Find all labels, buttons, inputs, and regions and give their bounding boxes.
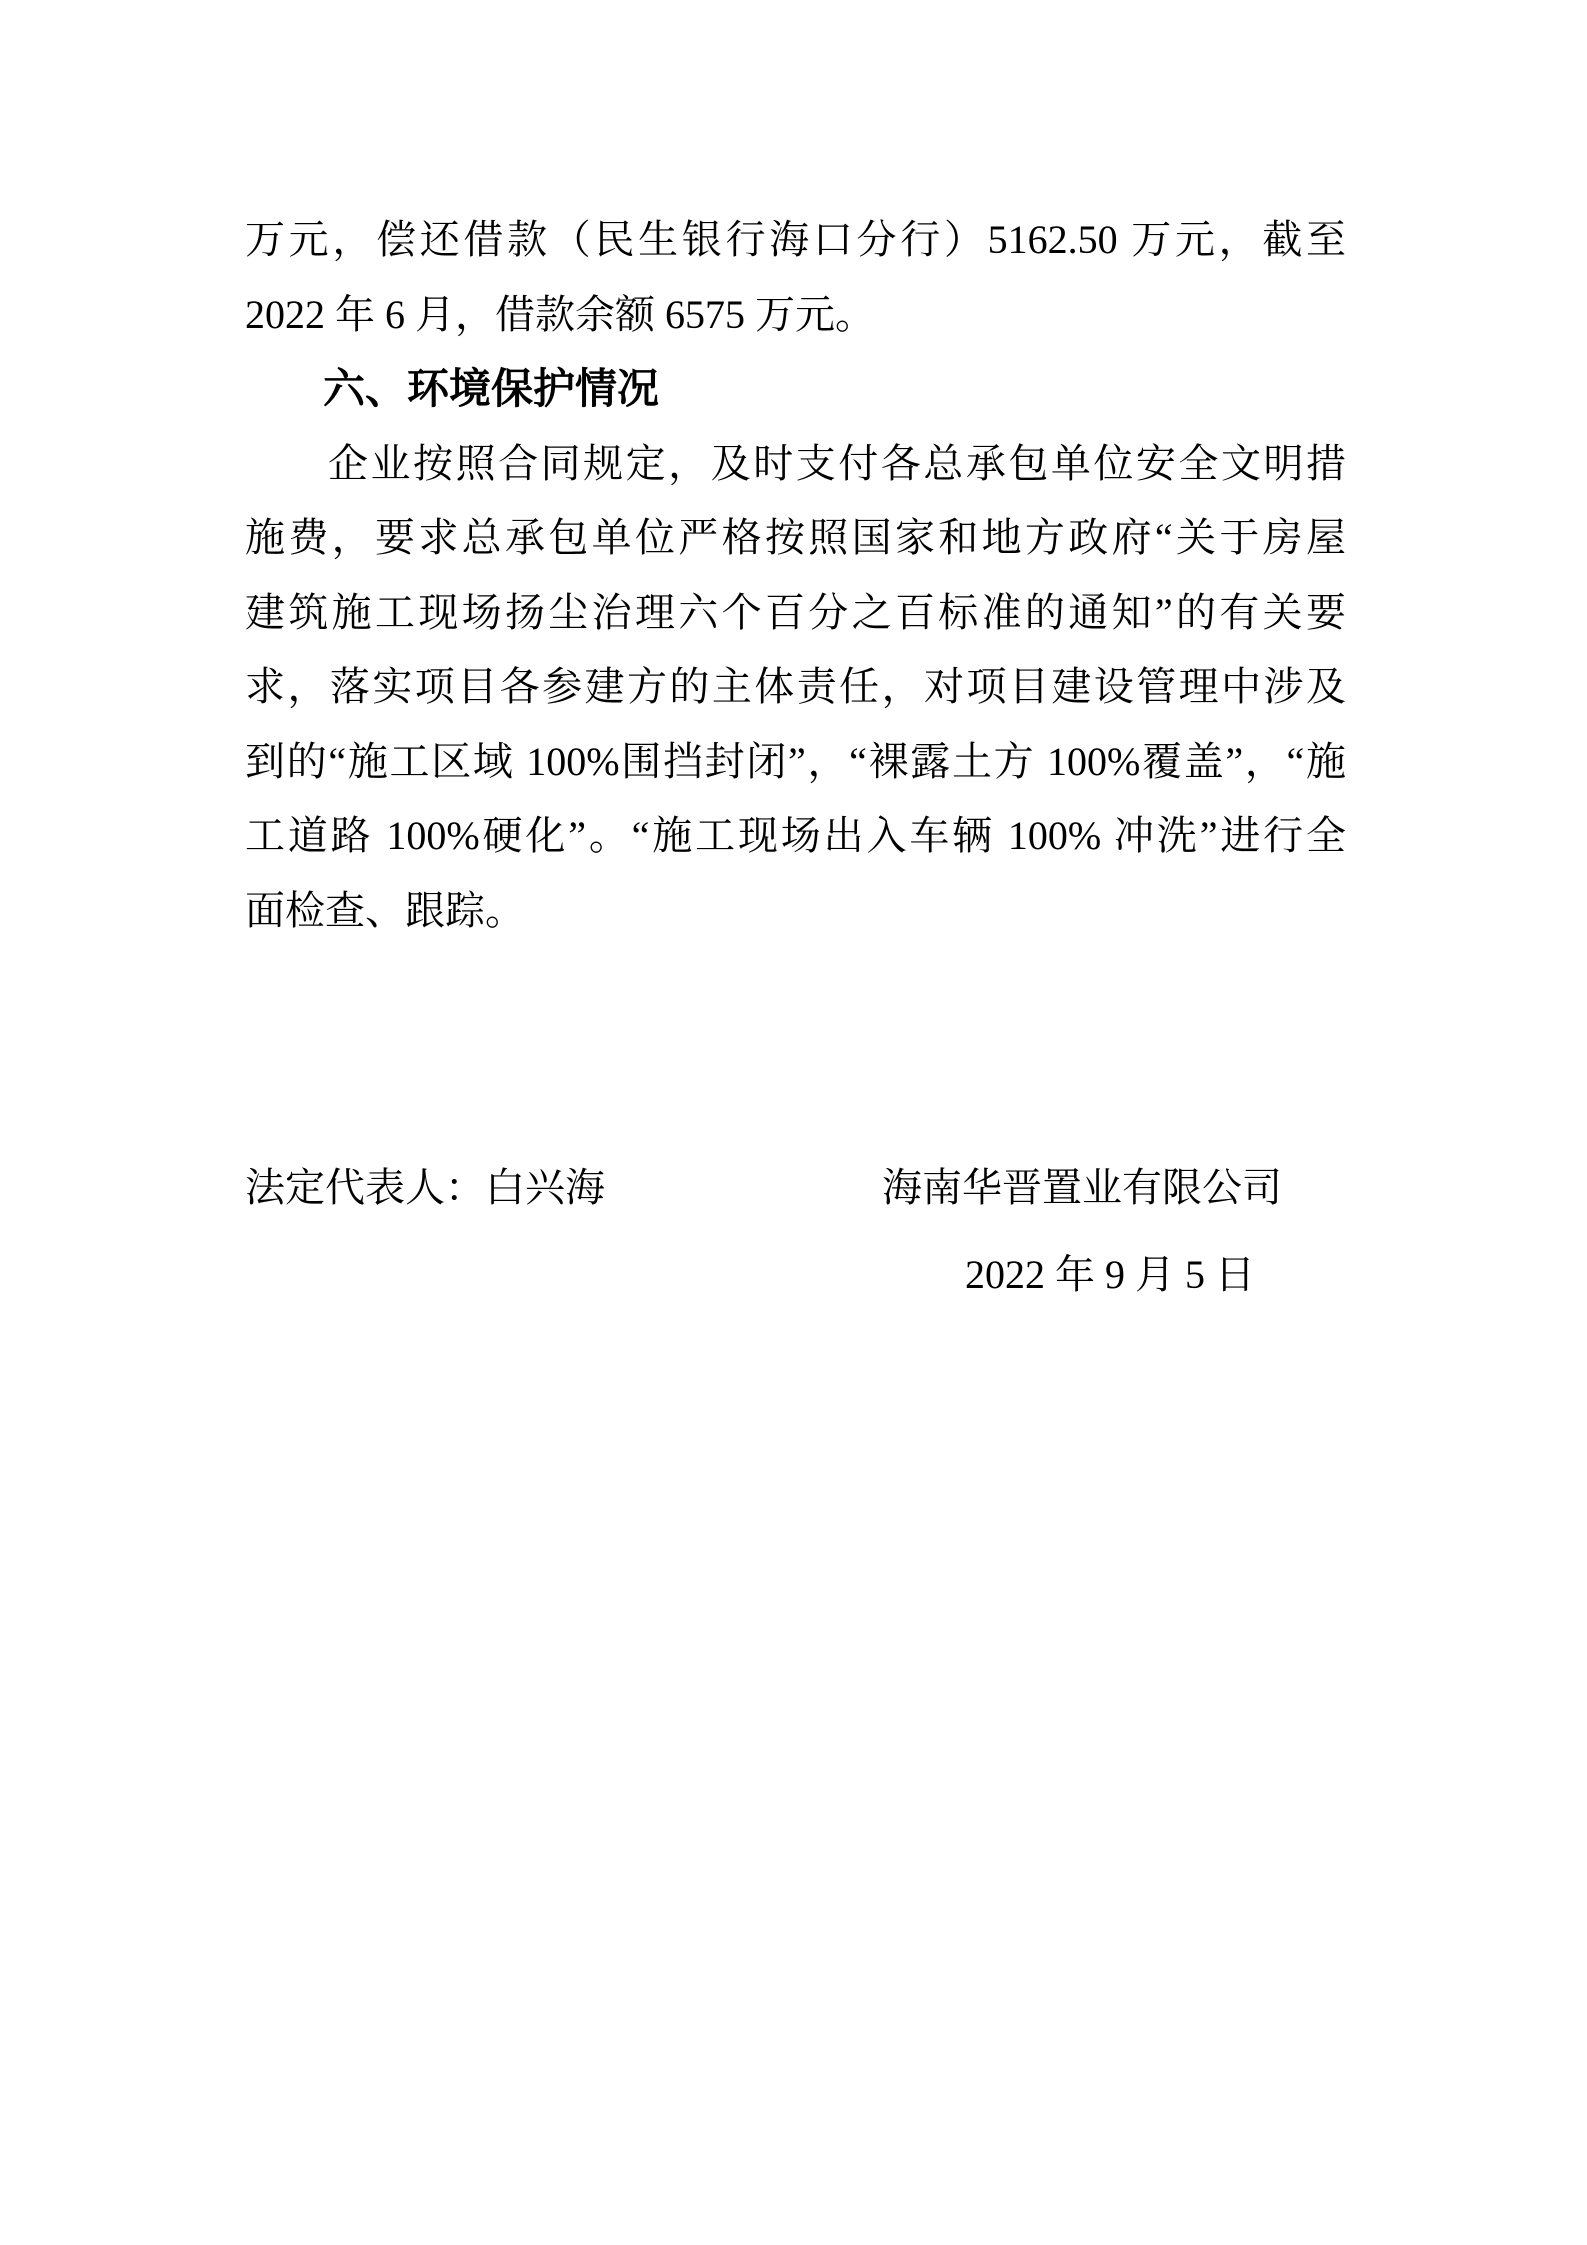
env-paragraph-line-3: 建筑施工现场扬尘治理六个百分之百标准的通知”的有关要: [245, 576, 1346, 651]
intro-paragraph-line-1: 万元，偿还借款（民生银行海口分行）5162.50 万元，截至: [245, 203, 1346, 278]
env-paragraph-line-6: 工道路 100%硬化”。“施工现场出入车辆 100% 冲洗”进行全: [245, 799, 1346, 874]
env-paragraph-line-4: 求，落实项目各参建方的主体责任，对项目建设管理中涉及: [245, 650, 1346, 725]
signature-row: 法定代表人：白兴海 海南华晋置业有限公司: [245, 1151, 1346, 1226]
env-paragraph-line-2: 施费，要求总承包单位严格按照国家和地方政府“关于房屋: [245, 501, 1346, 576]
section-heading: 六、环境保护情况: [245, 352, 1346, 427]
env-paragraph-line-7: 面检查、跟踪。: [245, 874, 1346, 949]
document-body: 万元，偿还借款（民生银行海口分行）5162.50 万元，截至 2022 年 6 …: [245, 203, 1346, 948]
signature-date: 2022 年 9 月 5 日: [965, 1238, 1255, 1313]
env-paragraph-line-1: 企业按照合同规定，及时支付各总承包单位安全文明措: [245, 427, 1346, 502]
legal-representative: 法定代表人：白兴海: [245, 1151, 605, 1226]
document-page: 万元，偿还借款（民生银行海口分行）5162.50 万元，截至 2022 年 6 …: [0, 0, 1587, 2245]
legal-representative-label: 法定代表人：: [245, 1165, 485, 1210]
legal-representative-name: 白兴海: [485, 1165, 605, 1210]
env-paragraph-line-5: 到的“施工区域 100%围挡封闭”，“裸露土方 100%覆盖”，“施: [245, 725, 1346, 800]
intro-paragraph-line-2: 2022 年 6 月，借款余额 6575 万元。: [245, 278, 1346, 353]
company-name: 海南华晋置业有限公司: [882, 1151, 1282, 1226]
